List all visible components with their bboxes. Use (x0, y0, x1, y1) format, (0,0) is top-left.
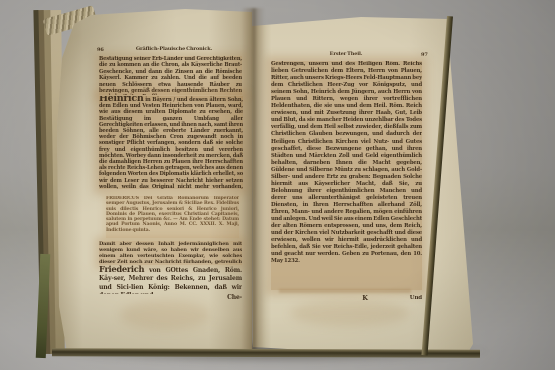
ink-showthrough-line (279, 289, 411, 293)
left-intro-paragraph: Bestätigung seiner Erb-Länder und Gerech… (99, 56, 242, 95)
left-catchword: Che- (206, 294, 242, 302)
signature-mark: K (358, 294, 372, 302)
left-page-number: 96 (97, 47, 104, 53)
friederich-drop-word: Friederich (99, 265, 144, 274)
heinrich-paragraph-text: in Bäyern / und dessen ältern Sohn, dem … (99, 97, 243, 189)
right-catchword: Und (400, 295, 422, 302)
left-note-paragraph: Damit aber dessen Inhalt jedermänniglich… (99, 241, 242, 265)
friederich-charter-opening: Friederich von GOttes Gnaden, Röm. Käy-s… (99, 265, 242, 294)
right-page-number: 97 (421, 52, 428, 58)
latin-charter-excerpt: FRIDERICUS Dei Gratia Romanorum Imperato… (106, 196, 239, 238)
right-running-head: Erster Theil. (298, 51, 394, 57)
bottom-cover-edge (52, 348, 480, 357)
photo-of-open-antique-book: 96 Gräflich-Plauische Chronick. Bestätig… (0, 0, 555, 370)
left-running-head: Gräflich-Plauische Chronick. (108, 46, 240, 52)
left-heinrich-paragraph: Heinrich in Bäyern / und dessen ältern S… (99, 96, 243, 189)
right-charter-text: Gestrengen, unsern und des Heiligen Röm.… (271, 61, 422, 290)
